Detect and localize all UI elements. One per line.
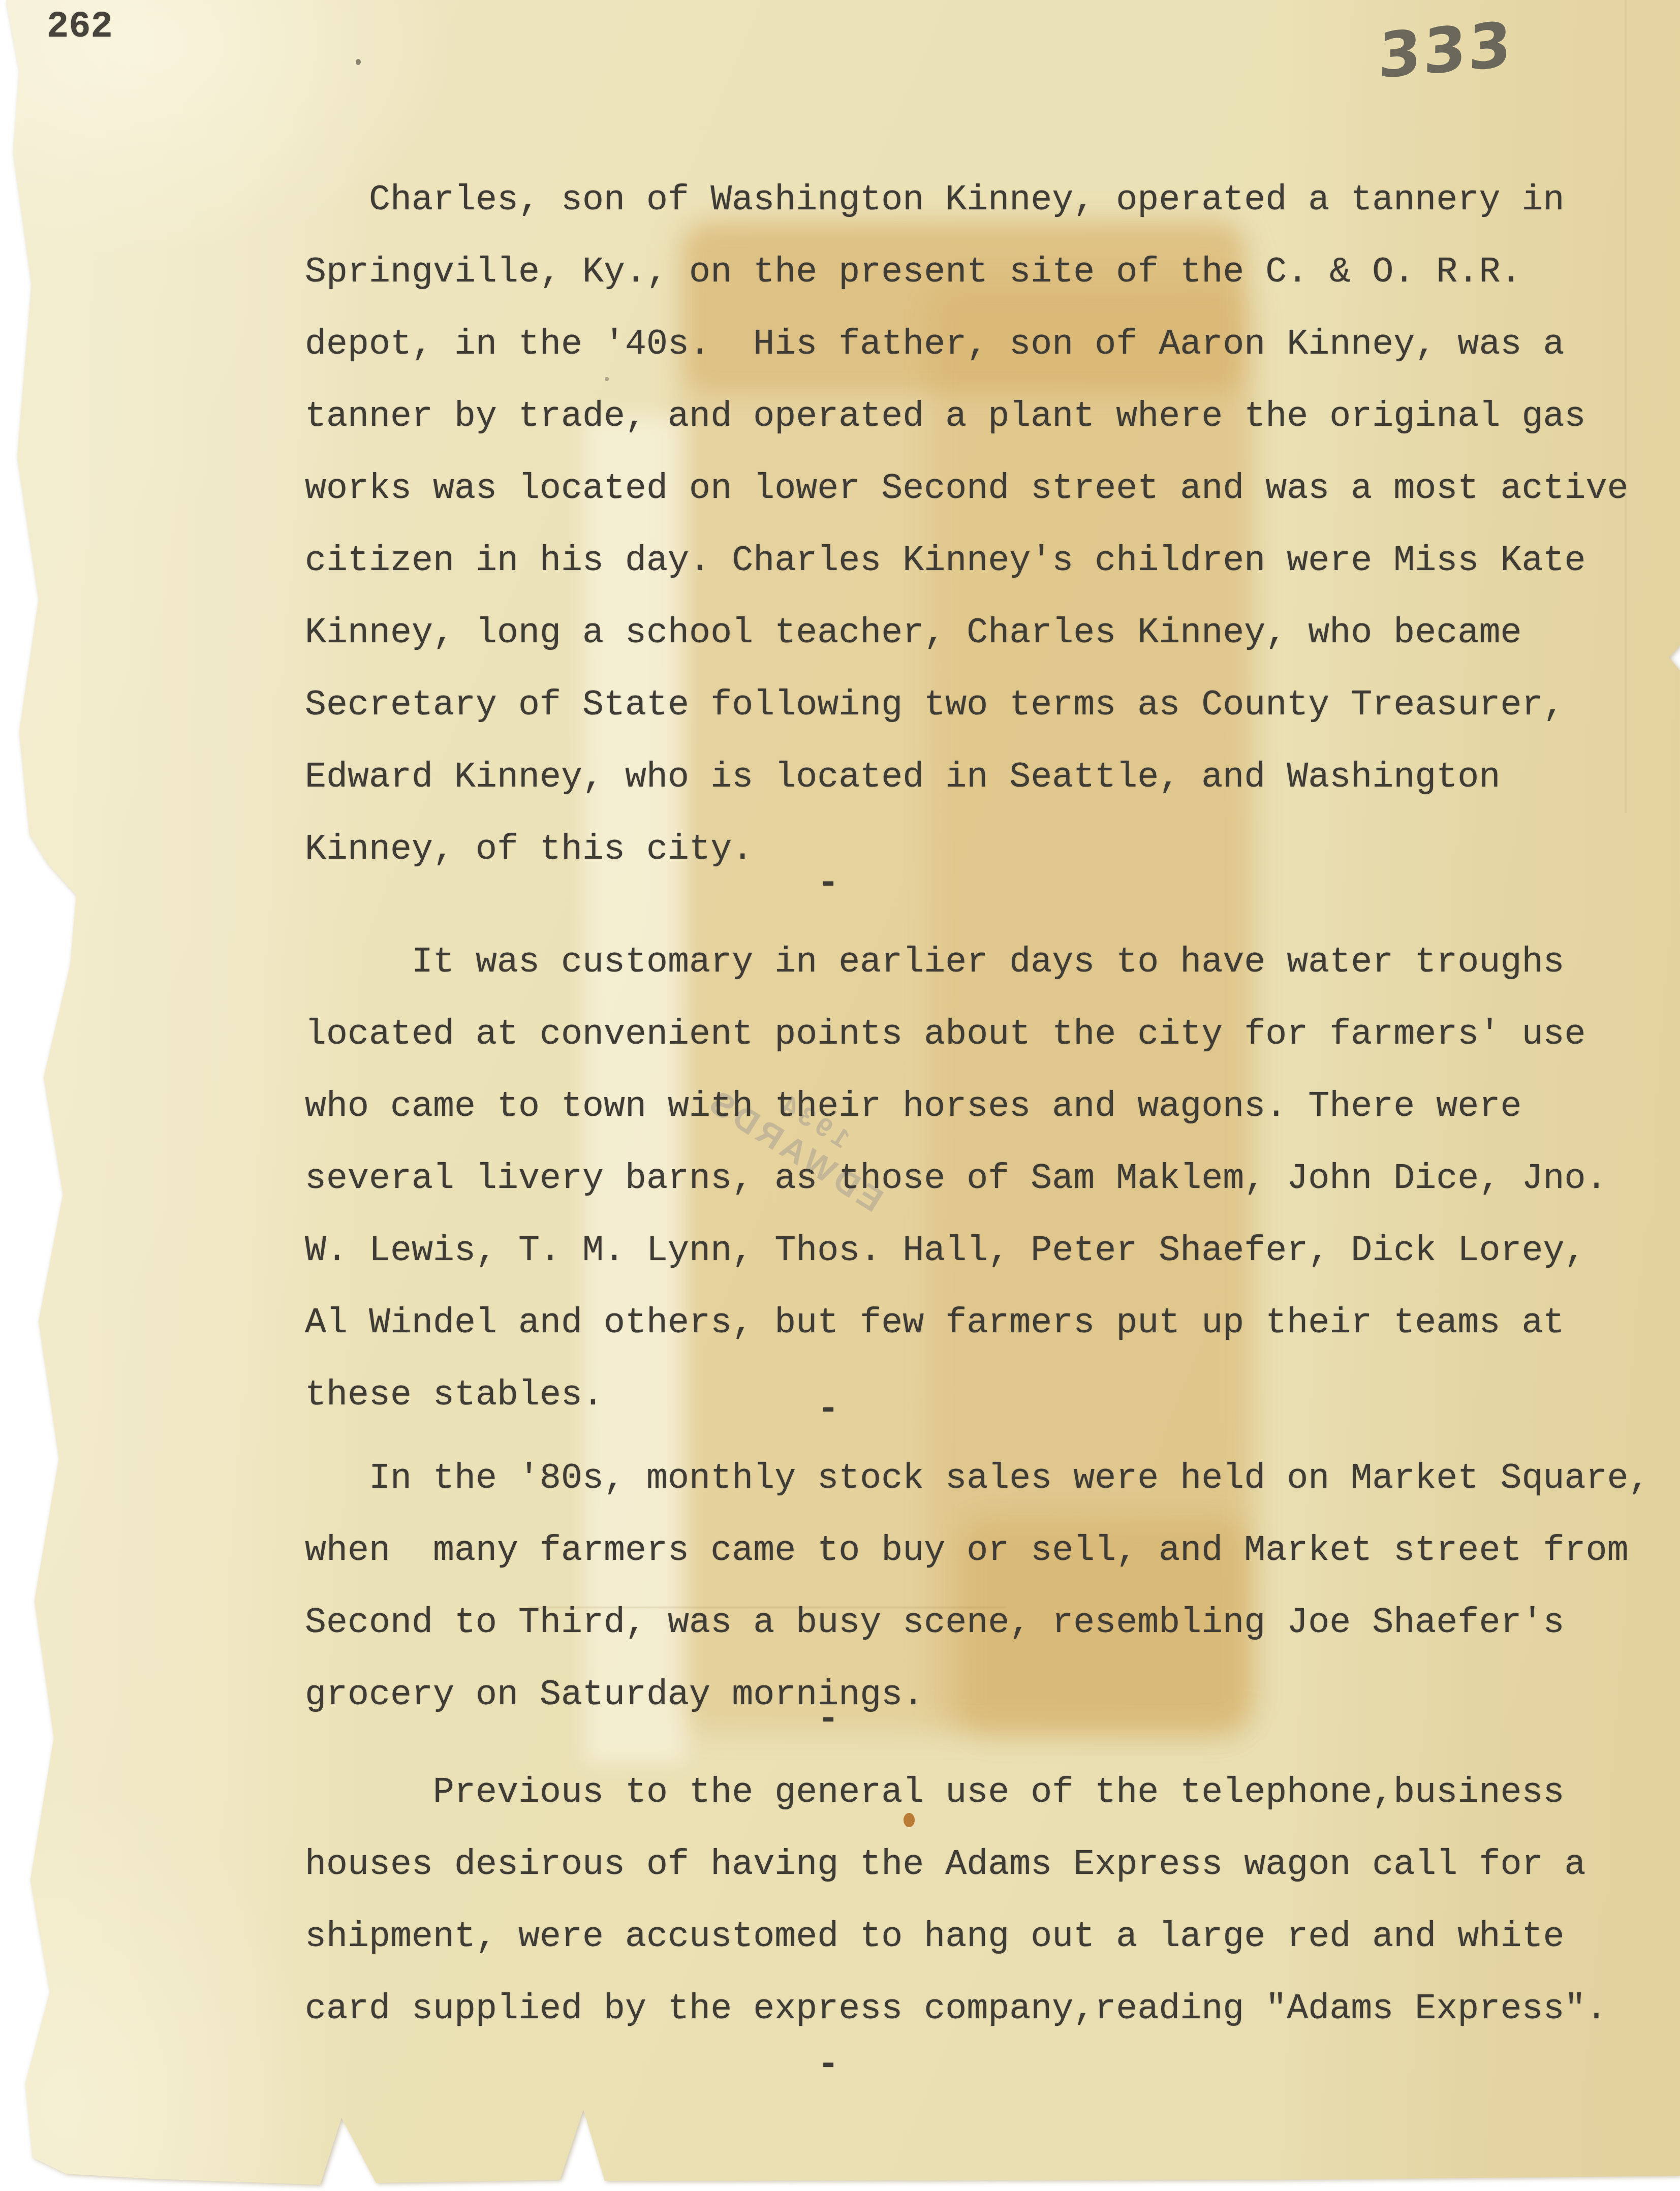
paper-speck: [356, 59, 361, 65]
text-line: tanner by trade, and operated a plant wh…: [305, 381, 1652, 453]
text-line: Edward Kinney, who is located in Seattle…: [305, 742, 1652, 814]
paragraph-3: In the '80s, monthly stock sales were he…: [305, 1443, 1652, 1732]
document-page-wrap: 262 333 1934 EDWARDS Charles, son of Was…: [0, 0, 1680, 2191]
document-page: 262 333 1934 EDWARDS Charles, son of Was…: [0, 0, 1680, 2191]
text-line: when many farmers came to buy or sell, a…: [305, 1515, 1652, 1587]
section-separator: -: [808, 1684, 849, 1756]
text-line: grocery on Saturday mornings.: [305, 1660, 1652, 1732]
text-line: shipment, were accustomed to hang out a …: [305, 1901, 1652, 1974]
text-line: who came to town with their horses and w…: [305, 1071, 1652, 1143]
page-number-typed: 262: [47, 6, 113, 48]
text-line: Secretary of State following two terms a…: [305, 670, 1652, 742]
section-separator: -: [808, 848, 849, 920]
text-line: works was located on lower Second street…: [305, 453, 1652, 525]
text-line: houses desirous of having the Adams Expr…: [305, 1829, 1652, 1901]
text-line: In the '80s, monthly stock sales were he…: [305, 1443, 1652, 1515]
scanner-background: { "theme": { "background": "#ffffff", "p…: [0, 0, 1680, 2191]
text-line: It was customary in earlier days to have…: [305, 927, 1652, 999]
text-line: several livery barns, as those of Sam Ma…: [305, 1143, 1652, 1215]
text-line: card supplied by the express company,rea…: [305, 1974, 1652, 2046]
text-line: Kinney, of this city.: [305, 814, 1652, 886]
text-line: Kinney, long a school teacher, Charles K…: [305, 598, 1652, 670]
text-line: these stables.: [305, 1360, 1652, 1432]
paragraph-2: It was customary in earlier days to have…: [305, 927, 1652, 1432]
section-separator: -: [808, 1374, 849, 1446]
section-separator: -: [808, 2029, 849, 2102]
text-line: Al Windel and others, but few farmers pu…: [305, 1288, 1652, 1360]
text-line: located at convenient points about the c…: [305, 999, 1652, 1071]
text-line: depot, in the '40s. His father, son of A…: [305, 309, 1652, 381]
text-line: Springville, Ky., on the present site of…: [305, 237, 1652, 309]
text-line: Second to Third, was a busy scene, resem…: [305, 1587, 1652, 1660]
text-line: Charles, son of Washington Kinney, opera…: [305, 165, 1652, 237]
text-line: citizen in his day. Charles Kinney's chi…: [305, 525, 1652, 598]
text-line: W. Lewis, T. M. Lynn, Thos. Hall, Peter …: [305, 1215, 1652, 1288]
paragraph-4: Previous to the general use of the telep…: [305, 1757, 1652, 2046]
page-number-handwritten: 333: [1378, 8, 1514, 92]
text-line: Previous to the general use of the telep…: [305, 1757, 1652, 1829]
paragraph-1: Charles, son of Washington Kinney, opera…: [305, 165, 1652, 886]
